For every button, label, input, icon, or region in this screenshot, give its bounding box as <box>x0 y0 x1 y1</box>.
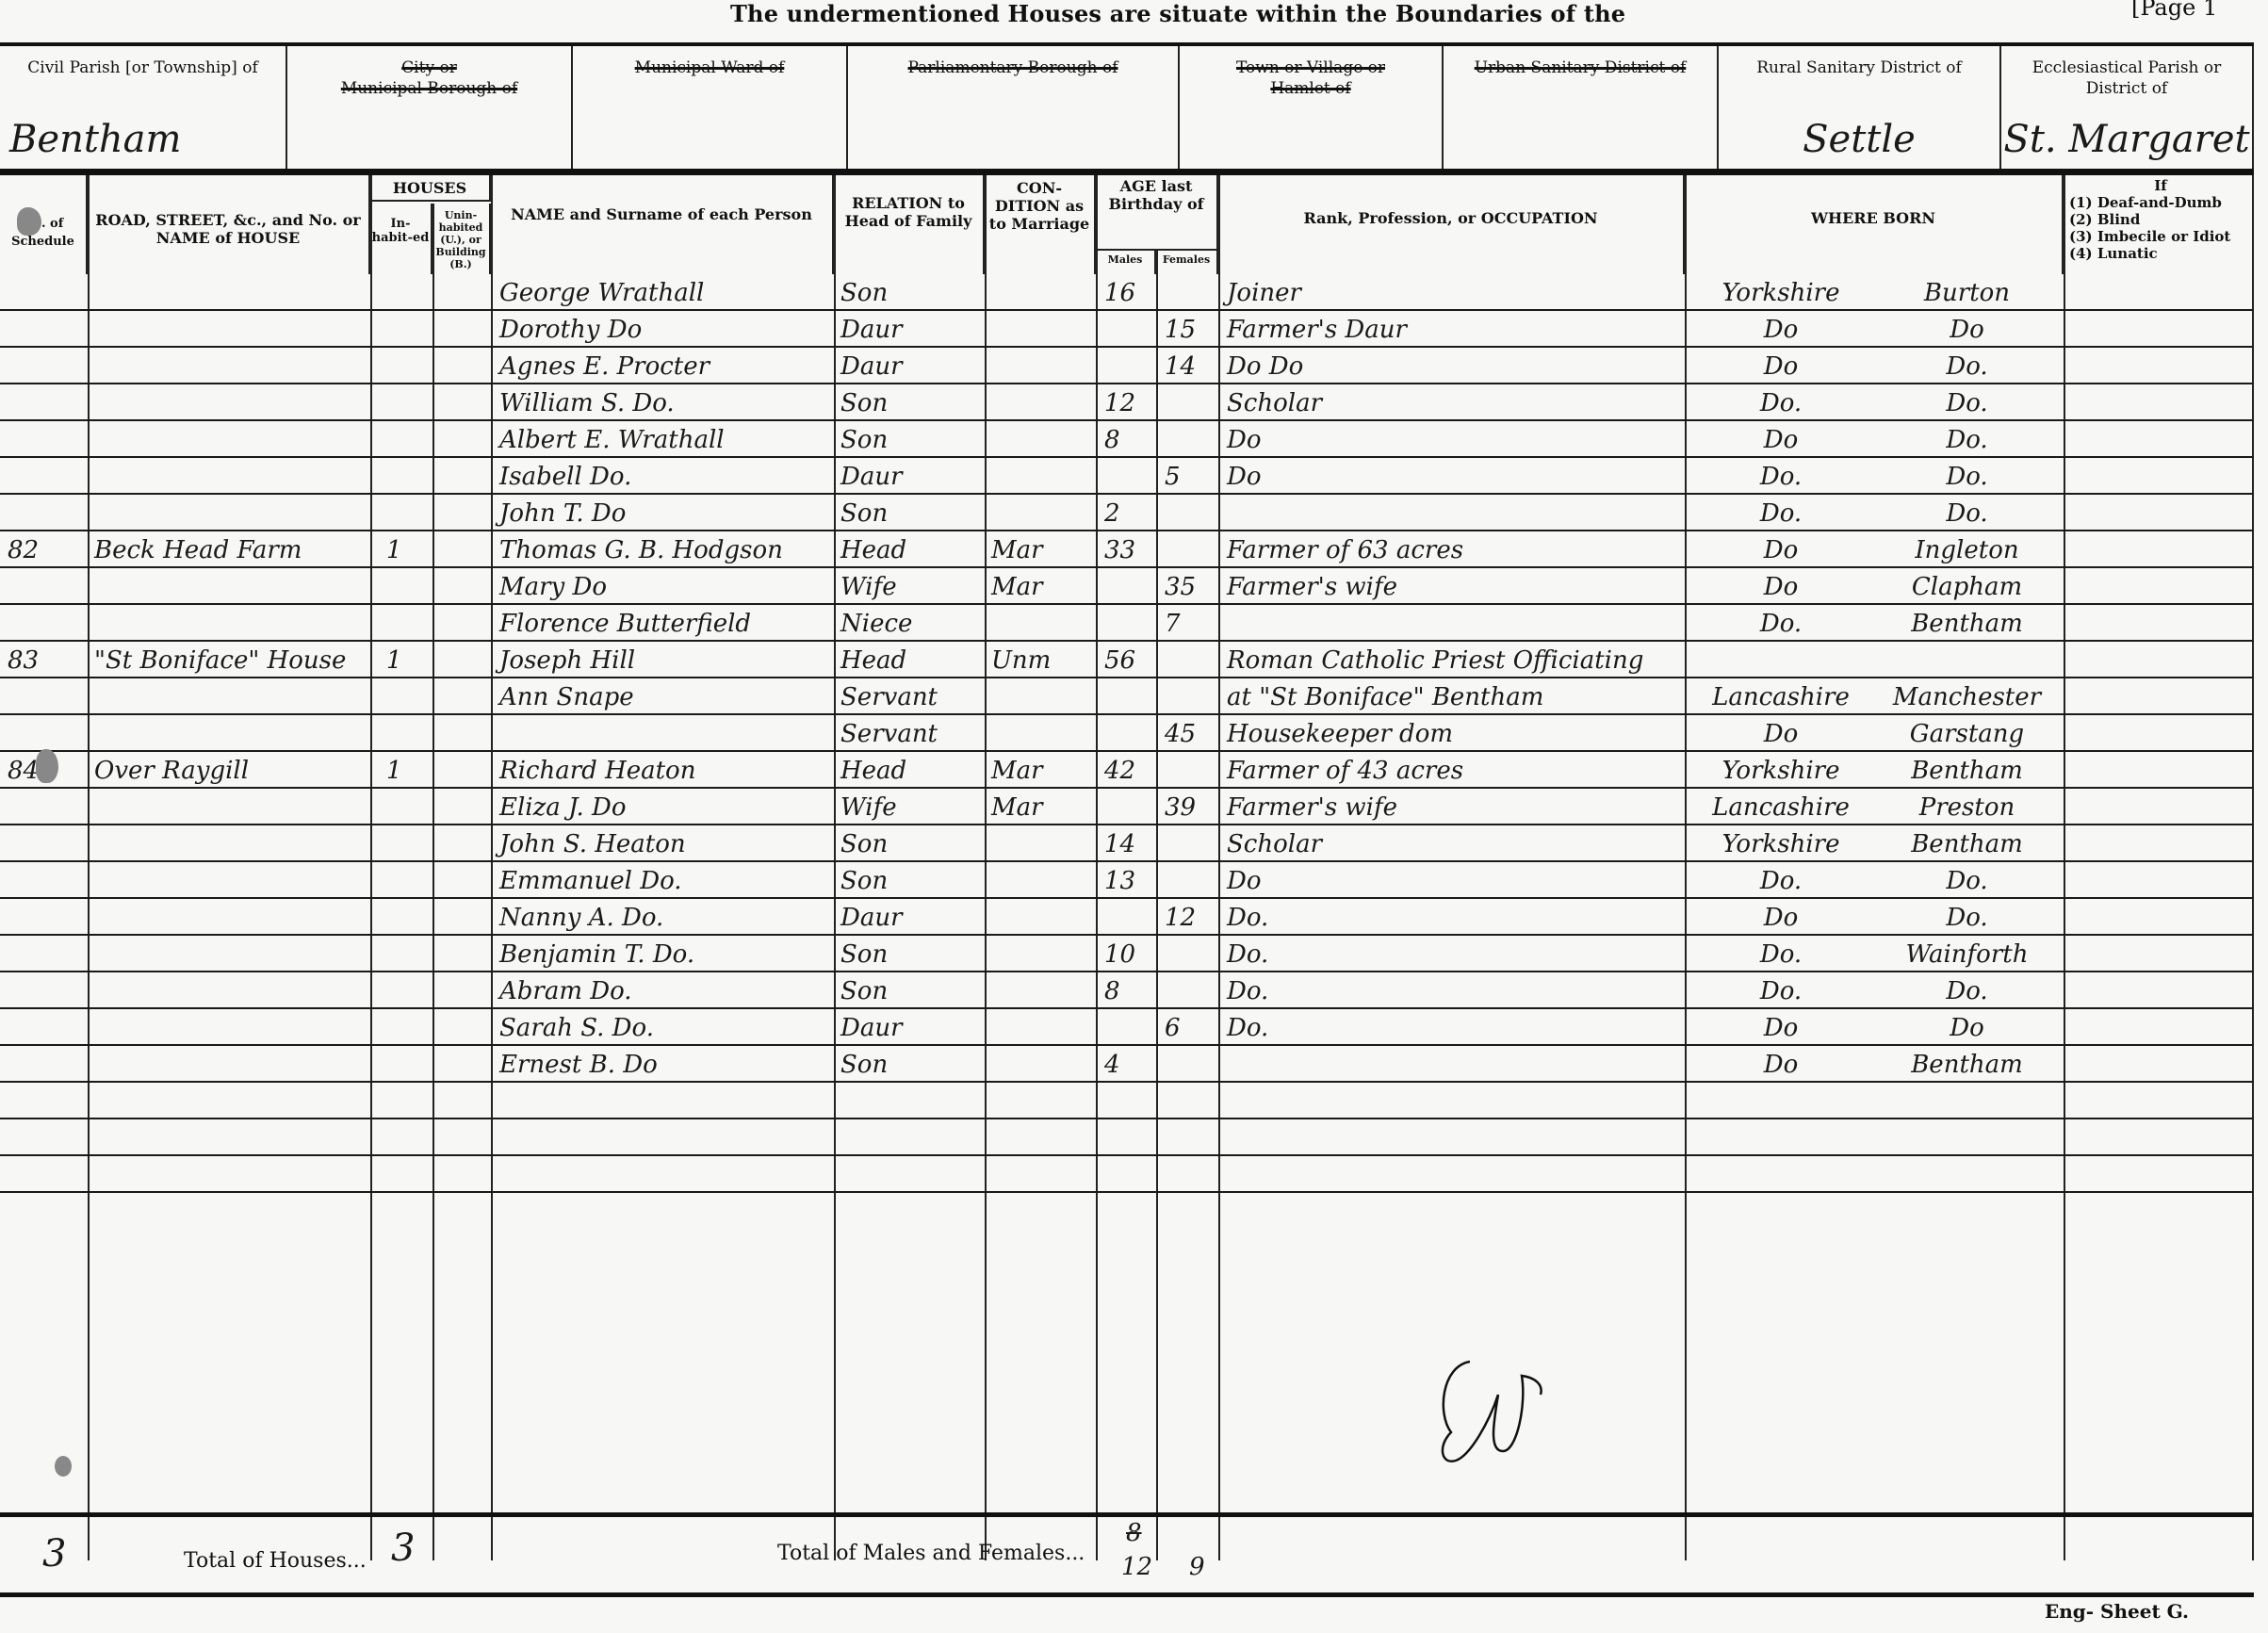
inhabited-cell <box>386 1156 424 1190</box>
table-row: John S. HeatonSon14ScholarYorkshireBenth… <box>0 825 2254 862</box>
schedule-cell <box>8 789 83 823</box>
name-cell <box>499 715 829 749</box>
female-age-cell: 35 <box>1165 568 1212 602</box>
hamlet-label: Hamlet of <box>1270 79 1350 98</box>
condition-cell <box>991 274 1093 308</box>
born-place-cell <box>1875 1156 2059 1190</box>
born-county-cell: Lancashire <box>1696 678 1866 712</box>
male-age-cell <box>1104 311 1151 345</box>
name-cell <box>499 1156 829 1190</box>
schedule-cell <box>8 1009 83 1043</box>
road-cell <box>94 825 367 859</box>
ink-blot <box>17 207 41 236</box>
census-page: The undermentioned Houses are situate wi… <box>0 0 2268 1633</box>
road-cell <box>94 1156 367 1190</box>
relation-cell: Son <box>840 825 982 859</box>
inhabited-cell <box>386 715 424 749</box>
born-county-cell: Do <box>1696 715 1866 749</box>
name-cell: Florence Butterfield <box>499 605 829 639</box>
inhabited-cell <box>386 495 424 529</box>
schedule-cell <box>8 862 83 896</box>
female-age-cell <box>1165 495 1212 529</box>
born-place-cell: Burton <box>1875 274 2059 308</box>
male-age-cell <box>1104 715 1151 749</box>
born-place-cell: Do. <box>1875 972 2059 1006</box>
table-row <box>0 1119 2254 1156</box>
table-row: John T. DoSon2Do.Do. <box>0 495 2254 531</box>
male-age-cell: 8 <box>1104 421 1151 455</box>
female-age-cell <box>1165 1046 1212 1080</box>
municipal-ward-field: Municipal Ward of <box>573 46 848 169</box>
inhabited-cell <box>386 1119 424 1153</box>
disability-item: (4) Lunatic <box>2069 245 2252 262</box>
born-county-cell: Yorkshire <box>1696 752 1866 786</box>
ecclesiastical-parish-label: Ecclesiastical Parish or District of <box>2001 46 2252 99</box>
civil-parish-label: Civil Parish [or Township] of <box>0 46 286 78</box>
occupation-cell: Housekeeper dom <box>1227 715 1679 749</box>
table-row <box>0 1156 2254 1193</box>
name-cell: George Wrathall <box>499 274 829 308</box>
inhabited-cell <box>386 899 424 933</box>
rural-sanitary-label: Rural Sanitary District of <box>1719 46 1999 78</box>
municipal-borough-field: City or Municipal Borough of <box>287 46 573 169</box>
census-table: No. of Schedule ROAD, STREET, &c., and N… <box>0 172 2254 1560</box>
condition-cell <box>991 311 1093 345</box>
road-cell <box>94 678 367 712</box>
road-cell <box>94 936 367 970</box>
female-age-cell <box>1165 642 1212 676</box>
female-age-cell <box>1165 1083 1212 1117</box>
condition-cell: Mar <box>991 752 1093 786</box>
born-county-cell: Do. <box>1696 862 1866 896</box>
occupation-cell: Do. <box>1227 1009 1679 1043</box>
occupation-cell <box>1227 605 1679 639</box>
female-age-cell <box>1165 825 1212 859</box>
name-cell: Eliza J. Do <box>499 789 829 823</box>
male-age-cell <box>1104 1083 1151 1117</box>
table-row: Servant45Housekeeper domDoGarstang <box>0 715 2254 752</box>
col-where-born: WHERE BORN <box>1685 175 2064 274</box>
male-age-cell: 12 <box>1104 384 1151 418</box>
female-age-cell <box>1165 936 1212 970</box>
male-age-cell: 2 <box>1104 495 1151 529</box>
female-age-cell: 5 <box>1165 458 1212 492</box>
male-age-cell <box>1104 678 1151 712</box>
schedule-cell <box>8 1156 83 1190</box>
ecclesiastical-parish-field: Ecclesiastical Parish or District of St.… <box>2001 46 2254 169</box>
table-row: Agnes E. ProcterDaur14Do DoDoDo. <box>0 348 2254 384</box>
ink-blot <box>36 749 58 783</box>
born-place-cell: Wainforth <box>1875 936 2059 970</box>
name-cell: Mary Do <box>499 568 829 602</box>
inhabited-cell <box>386 1046 424 1080</box>
schedule-cell: 82 <box>8 531 83 565</box>
female-age-cell: 12 <box>1165 899 1212 933</box>
inhabited-cell <box>386 936 424 970</box>
born-place-cell <box>1875 1083 2059 1117</box>
born-place-cell: Preston <box>1875 789 2059 823</box>
female-age-cell: 15 <box>1165 311 1212 345</box>
condition-cell <box>991 348 1093 382</box>
road-cell <box>94 495 367 529</box>
page-heading: The undermentioned Houses are situate wi… <box>730 0 1625 27</box>
road-cell: Over Raygill <box>94 752 367 786</box>
males-total: 12 <box>1121 1553 1152 1581</box>
table-row <box>0 1083 2254 1119</box>
born-county-cell: Do <box>1696 531 1866 565</box>
occupation-cell: Farmer of 43 acres <box>1227 752 1679 786</box>
road-cell <box>94 384 367 418</box>
born-place-cell: Bentham <box>1875 605 2059 639</box>
civil-parish-value: Bentham <box>0 118 286 161</box>
condition-cell <box>991 605 1093 639</box>
relation-cell: Head <box>840 531 982 565</box>
male-age-cell: 16 <box>1104 274 1151 308</box>
male-age-cell <box>1104 458 1151 492</box>
female-age-cell: 45 <box>1165 715 1212 749</box>
inhabited-cell: 1 <box>386 752 424 786</box>
condition-cell <box>991 899 1093 933</box>
inhabited-cell: 1 <box>386 642 424 676</box>
name-cell: Benjamin T. Do. <box>499 936 829 970</box>
male-age-cell: 13 <box>1104 862 1151 896</box>
col-houses: HOUSES <box>370 175 491 202</box>
relation-cell: Daur <box>840 899 982 933</box>
relation-cell <box>840 1156 982 1190</box>
schedule-cell <box>8 715 83 749</box>
condition-cell <box>991 972 1093 1006</box>
city-or-label: City or <box>401 58 457 77</box>
name-cell: Sarah S. Do. <box>499 1009 829 1043</box>
rural-sanitary-value: Settle <box>1719 118 1999 161</box>
road-cell <box>94 1009 367 1043</box>
schedule-cell <box>8 899 83 933</box>
condition-cell <box>991 458 1093 492</box>
born-place-cell: Clapham <box>1875 568 2059 602</box>
name-cell: Ann Snape <box>499 678 829 712</box>
relation-cell: Son <box>840 274 982 308</box>
name-cell: Albert E. Wrathall <box>499 421 829 455</box>
born-place-cell: Do. <box>1875 458 2059 492</box>
schedule-cell <box>8 348 83 382</box>
table-row: William S. Do.Son12ScholarDo.Do. <box>0 384 2254 421</box>
name-cell: William S. Do. <box>499 384 829 418</box>
inhabited-cell <box>386 568 424 602</box>
parliamentary-borough-label: Parliamentary Borough of <box>848 46 1178 78</box>
table-row: Ernest B. DoSon4DoBentham <box>0 1046 2254 1083</box>
col-relation: RELATION to Head of Family <box>834 175 985 274</box>
condition-cell <box>991 862 1093 896</box>
road-cell <box>94 1083 367 1117</box>
female-age-cell <box>1165 384 1212 418</box>
female-age-cell <box>1165 752 1212 786</box>
females-total: 9 <box>1189 1553 1205 1581</box>
road-cell <box>94 715 367 749</box>
relation-cell: Head <box>840 752 982 786</box>
table-row: Isabell Do.Daur5DoDo.Do. <box>0 458 2254 495</box>
inhabited-cell <box>386 384 424 418</box>
male-age-cell: 4 <box>1104 1046 1151 1080</box>
occupation-cell: at "St Boniface" Bentham <box>1227 678 1679 712</box>
condition-cell <box>991 1083 1093 1117</box>
relation-cell: Son <box>840 972 982 1006</box>
totals-row: 3 Total of Houses... 3 Total of Males an… <box>0 1512 2254 1597</box>
born-place-cell: Manchester <box>1875 678 2059 712</box>
relation-cell: Son <box>840 495 982 529</box>
schedule-cell <box>8 458 83 492</box>
relation-cell <box>840 1119 982 1153</box>
male-age-cell <box>1104 1119 1151 1153</box>
occupation-cell <box>1227 1156 1679 1190</box>
occupation-cell: Do. <box>1227 972 1679 1006</box>
female-age-cell: 39 <box>1165 789 1212 823</box>
civil-parish-field: Civil Parish [or Township] of Bentham <box>0 46 287 169</box>
born-place-cell: Do <box>1875 311 2059 345</box>
road-cell <box>94 972 367 1006</box>
schedule-cell <box>8 421 83 455</box>
born-place-cell: Do. <box>1875 421 2059 455</box>
name-cell: John T. Do <box>499 495 829 529</box>
relation-cell: Son <box>840 384 982 418</box>
col-schedule: No. of Schedule <box>0 175 88 274</box>
born-place-cell <box>1875 642 2059 676</box>
occupation-cell: Roman Catholic Priest Officiating <box>1227 642 1679 676</box>
female-age-cell <box>1165 1119 1212 1153</box>
relation-cell: Wife <box>840 789 982 823</box>
town-village-field: Town or Village or Hamlet of <box>1180 46 1444 169</box>
male-age-cell: 10 <box>1104 936 1151 970</box>
occupation-cell <box>1227 1083 1679 1117</box>
inhabited-cell <box>386 972 424 1006</box>
condition-cell <box>991 495 1093 529</box>
boundaries-band: Civil Parish [or Township] of Bentham Ci… <box>0 42 2254 172</box>
born-county-cell: Do <box>1696 311 1866 345</box>
born-place-cell: Do. <box>1875 495 2059 529</box>
name-cell: Joseph Hill <box>499 642 829 676</box>
female-age-cell <box>1165 1156 1212 1190</box>
name-cell <box>499 1119 829 1153</box>
table-row: 82Beck Head Farm1Thomas G. B. HodgsonHea… <box>0 531 2254 568</box>
road-cell: Beck Head Farm <box>94 531 367 565</box>
schedule-cell <box>8 495 83 529</box>
relation-cell: Son <box>840 936 982 970</box>
road-cell: "St Boniface" House <box>94 642 367 676</box>
occupation-cell <box>1227 1046 1679 1080</box>
occupation-cell: Do Do <box>1227 348 1679 382</box>
born-place-cell: Garstang <box>1875 715 2059 749</box>
male-age-cell: 8 <box>1104 972 1151 1006</box>
occupation-cell: Scholar <box>1227 384 1679 418</box>
ecclesiastical-parish-value: St. Margaret <box>2001 118 2252 161</box>
sheet-mark: Eng- Sheet G. <box>2045 1600 2189 1623</box>
table-row: Nanny A. Do.Daur12Do.DoDo. <box>0 899 2254 936</box>
table-row: 84Over Raygill1Richard HeatonHeadMar42Fa… <box>0 752 2254 789</box>
female-age-cell <box>1165 862 1212 896</box>
relation-cell: Niece <box>840 605 982 639</box>
name-cell: Abram Do. <box>499 972 829 1006</box>
born-place-cell: Do. <box>1875 862 2059 896</box>
municipal-borough-label: Municipal Borough of <box>341 79 517 98</box>
male-age-cell <box>1104 899 1151 933</box>
male-age-cell: 14 <box>1104 825 1151 859</box>
road-cell <box>94 311 367 345</box>
schedule-cell <box>8 825 83 859</box>
relation-cell: Son <box>840 421 982 455</box>
occupation-cell: Do <box>1227 421 1679 455</box>
schedule-cell <box>8 568 83 602</box>
occupation-cell <box>1227 1119 1679 1153</box>
schedule-cell <box>8 678 83 712</box>
col-road: ROAD, STREET, &c., and No. or NAME of HO… <box>88 175 370 274</box>
total-houses-label: Total of Houses... <box>184 1549 367 1573</box>
condition-cell: Mar <box>991 531 1093 565</box>
occupation-cell: Joiner <box>1227 274 1679 308</box>
born-county-cell: Yorkshire <box>1696 825 1866 859</box>
condition-cell <box>991 1119 1093 1153</box>
born-place-cell: Do <box>1875 1009 2059 1043</box>
road-cell <box>94 274 367 308</box>
condition-cell <box>991 421 1093 455</box>
condition-cell: Mar <box>991 568 1093 602</box>
name-cell: Isabell Do. <box>499 458 829 492</box>
inhabited-cell <box>386 605 424 639</box>
table-row: Sarah S. Do.Daur6Do.DoDo <box>0 1009 2254 1046</box>
condition-cell <box>991 1156 1093 1190</box>
born-county-cell: Do. <box>1696 972 1866 1006</box>
col-uninhabited: Unin-habited (U.), or Building (B.) <box>432 204 491 274</box>
name-cell: Richard Heaton <box>499 752 829 786</box>
inhabited-cell <box>386 825 424 859</box>
table-row: George WrathallSon16JoinerYorkshireBurto… <box>0 274 2254 311</box>
ink-blot <box>55 1456 72 1477</box>
municipal-ward-label: Municipal Ward of <box>573 46 846 78</box>
female-age-cell <box>1165 531 1212 565</box>
inhabited-cell <box>386 348 424 382</box>
born-county-cell: Yorkshire <box>1696 274 1866 308</box>
road-cell <box>94 568 367 602</box>
occupation-cell: Farmer's Daur <box>1227 311 1679 345</box>
born-county-cell: Do. <box>1696 936 1866 970</box>
col-occupation: Rank, Profession, or OCCUPATION <box>1218 175 1685 274</box>
schedule-cell <box>8 605 83 639</box>
born-place-cell: Bentham <box>1875 752 2059 786</box>
born-county-cell <box>1696 642 1866 676</box>
road-cell <box>94 605 367 639</box>
male-age-cell <box>1104 348 1151 382</box>
road-cell <box>94 862 367 896</box>
name-cell <box>499 1083 829 1117</box>
relation-cell: Head <box>840 642 982 676</box>
road-cell <box>94 1046 367 1080</box>
table-row: Emmanuel Do.Son13DoDo.Do. <box>0 862 2254 899</box>
condition-cell: Unm <box>991 642 1093 676</box>
condition-cell <box>991 384 1093 418</box>
table-row: Ann SnapeServantat "St Boniface" Bentham… <box>0 678 2254 715</box>
schedule-cell <box>8 1046 83 1080</box>
occupation-cell: Do <box>1227 862 1679 896</box>
occupation-cell: Do <box>1227 458 1679 492</box>
table-row: 83"St Boniface" House1Joseph HillHeadUnm… <box>0 642 2254 678</box>
born-county-cell <box>1696 1156 1866 1190</box>
schedule-cell <box>8 274 83 308</box>
condition-cell <box>991 678 1093 712</box>
inhabited-cell <box>386 1083 424 1117</box>
name-cell: Dorothy Do <box>499 311 829 345</box>
name-cell: Emmanuel Do. <box>499 862 829 896</box>
relation-cell: Daur <box>840 458 982 492</box>
relation-cell: Son <box>840 1046 982 1080</box>
condition-cell <box>991 715 1093 749</box>
inhabited-cell <box>386 789 424 823</box>
enumerator-mark-icon <box>1432 1357 1602 1470</box>
relation-cell: Daur <box>840 348 982 382</box>
col-inhabited: In-habit-ed <box>370 204 432 274</box>
town-village-label: Town or Village or <box>1236 58 1385 77</box>
born-county-cell: Do. <box>1696 384 1866 418</box>
table-row: Mary DoWifeMar35Farmer's wifeDoClapham <box>0 568 2254 605</box>
relation-cell: Servant <box>840 715 982 749</box>
born-county-cell: Do <box>1696 899 1866 933</box>
inhabited-cell <box>386 678 424 712</box>
total-persons-label: Total of Males and Females... <box>777 1542 1085 1565</box>
schedule-cell <box>8 936 83 970</box>
name-cell: Agnes E. Procter <box>499 348 829 382</box>
col-age: AGE last Birthday of <box>1096 175 1218 249</box>
page-number: [Page 1 <box>2131 0 2217 21</box>
col-name: NAME and Surname of each Person <box>491 175 834 274</box>
occupation-cell: Farmer's wife <box>1227 568 1679 602</box>
female-age-cell <box>1165 274 1212 308</box>
female-age-cell: 7 <box>1165 605 1212 639</box>
schedule-cell: 83 <box>8 642 83 676</box>
road-cell <box>94 789 367 823</box>
born-place-cell: Ingleton <box>1875 531 2059 565</box>
table-row: Benjamin T. Do.Son10Do.Do.Wainforth <box>0 936 2254 972</box>
table-row: Abram Do.Son8Do.Do.Do. <box>0 972 2254 1009</box>
occupation-cell: Do. <box>1227 899 1679 933</box>
born-place-cell: Do. <box>1875 348 2059 382</box>
name-cell: Nanny A. Do. <box>499 899 829 933</box>
males-total-struck: 8 <box>1126 1519 1142 1547</box>
male-age-cell: 56 <box>1104 642 1151 676</box>
born-place-cell <box>1875 1119 2059 1153</box>
born-county-cell: Do <box>1696 568 1866 602</box>
male-age-cell: 42 <box>1104 752 1151 786</box>
male-age-cell <box>1104 605 1151 639</box>
born-county-cell: Do <box>1696 1046 1866 1080</box>
occupation-cell: Farmer of 63 acres <box>1227 531 1679 565</box>
road-cell <box>94 1119 367 1153</box>
male-age-cell <box>1104 568 1151 602</box>
name-cell: Ernest B. Do <box>499 1046 829 1080</box>
born-county-cell: Do <box>1696 421 1866 455</box>
inhabited-cell <box>386 862 424 896</box>
born-county-cell: Lancashire <box>1696 789 1866 823</box>
relation-cell: Daur <box>840 1009 982 1043</box>
road-cell <box>94 458 367 492</box>
col-disability: If (1) Deaf-and-Dumb (2) Blind (3) Imbec… <box>2064 175 2254 274</box>
female-age-cell <box>1165 678 1212 712</box>
born-county-cell: Do <box>1696 1009 1866 1043</box>
born-place-cell: Bentham <box>1875 1046 2059 1080</box>
col-males: Males <box>1096 249 1156 274</box>
born-place-cell: Do. <box>1875 384 2059 418</box>
inhabited-cell: 1 <box>386 531 424 565</box>
inhabited-cell <box>386 421 424 455</box>
road-cell <box>94 421 367 455</box>
name-cell: Thomas G. B. Hodgson <box>499 531 829 565</box>
condition-cell <box>991 1046 1093 1080</box>
